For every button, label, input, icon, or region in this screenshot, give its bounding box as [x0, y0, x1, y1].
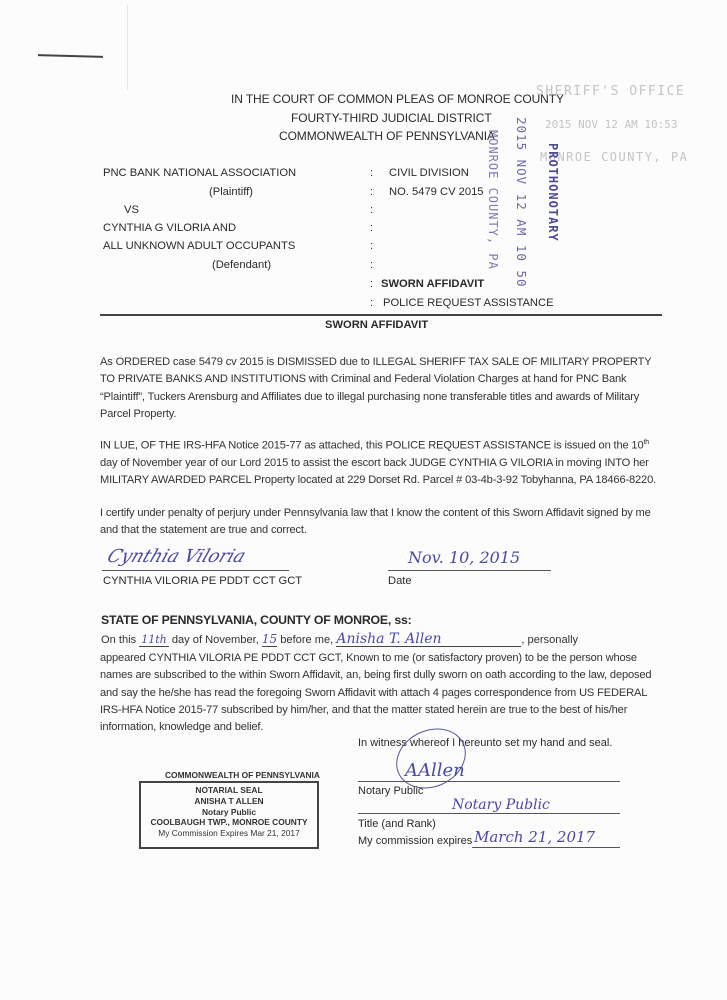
doc-type: SWORN AFFIDAVIT: [381, 277, 484, 291]
county-vertical-stamp: MONROE COUNTY, PA: [486, 130, 500, 270]
commonwealth-line: COMMONWEALTH OF PENNSYLVANIA: [279, 129, 495, 143]
caption-colon: :: [370, 277, 373, 291]
on-this-text: On this: [101, 634, 139, 646]
ordinal-suffix: th: [643, 439, 649, 446]
sheriff-date-stamp: 2015 NOV 12 AM 10:53: [545, 118, 677, 131]
paragraph-certification: I certify under penalty of perjury under…: [100, 505, 660, 540]
scan-edge: [127, 5, 128, 90]
seal-line-5: My Commission Expires Mar 21, 2017: [141, 828, 317, 839]
date-line: [388, 570, 551, 571]
sheriff-county-stamp: MONROE COUNTY, PA: [540, 150, 688, 164]
sheriff-office-stamp: SHERIFF'S OFFICE: [536, 84, 685, 99]
scan-mark-line: [38, 54, 103, 58]
civil-division: CIVIL DIVISION: [389, 166, 469, 180]
paragraph-dismissal: As ORDERED case 5479 cv 2015 is DISMISSE…: [100, 354, 660, 423]
title-handwritten: Notary Public: [452, 797, 550, 813]
commission-line: [472, 847, 620, 848]
commission-label: My commission expires: [358, 834, 472, 848]
year-handwritten: 15: [262, 632, 277, 647]
signer-name: CYNTHIA VILORIA PE PDDT CCT GCT: [103, 574, 302, 588]
commission-handwritten: March 21, 2017: [474, 828, 595, 846]
defendant-name-2: ALL UNKNOWN ADULT OCCUPANTS: [103, 239, 295, 253]
affidavit-title: SWORN AFFIDAVIT: [325, 318, 428, 332]
personally-text: , personally: [521, 634, 578, 646]
defendant-name-1: CYNTHIA G VILORIA AND: [103, 221, 236, 235]
court-line: IN THE COURT OF COMMON PLEAS OF MONROE C…: [231, 92, 564, 106]
date-handwritten: Nov. 10, 2015: [408, 548, 520, 567]
seal-line-2: ANISHA T ALLEN: [141, 796, 317, 807]
versus: VS: [124, 203, 139, 217]
title-label: Title (and Rank): [358, 817, 436, 831]
caption-colon: :: [370, 221, 373, 235]
signature-line: [102, 570, 289, 571]
notary-name-handwritten: Anisha T. Allen: [336, 633, 521, 647]
acknowledgment-first-line: On this 11th day of November, 15 before …: [101, 632, 578, 647]
paragraph-police-request: IN LUE, OF THE IRS-HFA Notice 2015-77 as…: [100, 434, 660, 490]
caption-colon: :: [370, 185, 373, 199]
seal-line-4: COOLBAUGH TWP., MONROE COUNTY: [141, 817, 317, 828]
paragraph-police-request-a: IN LUE, OF THE IRS-HFA Notice 2015-77 as…: [100, 440, 643, 452]
plaintiff-role: (Plaintiff): [209, 185, 253, 199]
doc-subtype: POLICE REQUEST ASSISTANCE: [383, 296, 554, 310]
title-line: [358, 813, 620, 814]
caption-colon: :: [370, 166, 373, 180]
district-line: FOURTY-THIRD JUDICIAL DISTRICT: [291, 111, 492, 125]
caption-colon: :: [370, 258, 373, 272]
notary-public-label: Notary Public: [358, 784, 423, 798]
day-handwritten: 11th: [139, 633, 169, 647]
seal-line-3: Notary Public: [141, 807, 317, 818]
notary-signature: AAllen: [405, 760, 465, 781]
acknowledgment-paragraph: appeared CYNTHIA VILORIA PE PDDT CCT GCT…: [100, 650, 660, 736]
signer-signature: Cynthia Viloria: [104, 546, 248, 567]
case-number: NO. 5479 CV 2015: [389, 185, 484, 199]
before-me-text: before me,: [277, 634, 336, 646]
witness-line: In witness whereof I hereunto set my han…: [358, 736, 612, 750]
date-label: Date: [388, 574, 412, 588]
caption-divider: [100, 314, 662, 316]
seal-top-caption: COMMONWEALTH OF PENNSYLVANIA: [165, 770, 320, 780]
date-vertical-stamp: 2015 NOV 12 AM 10 50: [514, 117, 529, 288]
caption-colon: :: [370, 296, 373, 310]
notary-signature-line: [358, 781, 620, 782]
plaintiff-name: PNC BANK NATIONAL ASSOCIATION: [103, 166, 296, 180]
paragraph-police-request-b: day of November year of our Lord 2015 to…: [100, 457, 656, 486]
notarial-seal: NOTARIAL SEAL ANISHA T ALLEN Notary Publ…: [139, 781, 319, 849]
caption-colon: :: [370, 239, 373, 253]
venue-heading: STATE OF PENNSYLVANIA, COUNTY OF MONROE,…: [101, 613, 412, 627]
day-of-text: day of November,: [169, 634, 262, 646]
caption-colon: :: [370, 203, 373, 217]
prothonotary-stamp: PROTHONOTARY: [546, 143, 560, 242]
defendant-role: (Defendant): [212, 258, 271, 272]
seal-line-1: NOTARIAL SEAL: [141, 785, 317, 796]
